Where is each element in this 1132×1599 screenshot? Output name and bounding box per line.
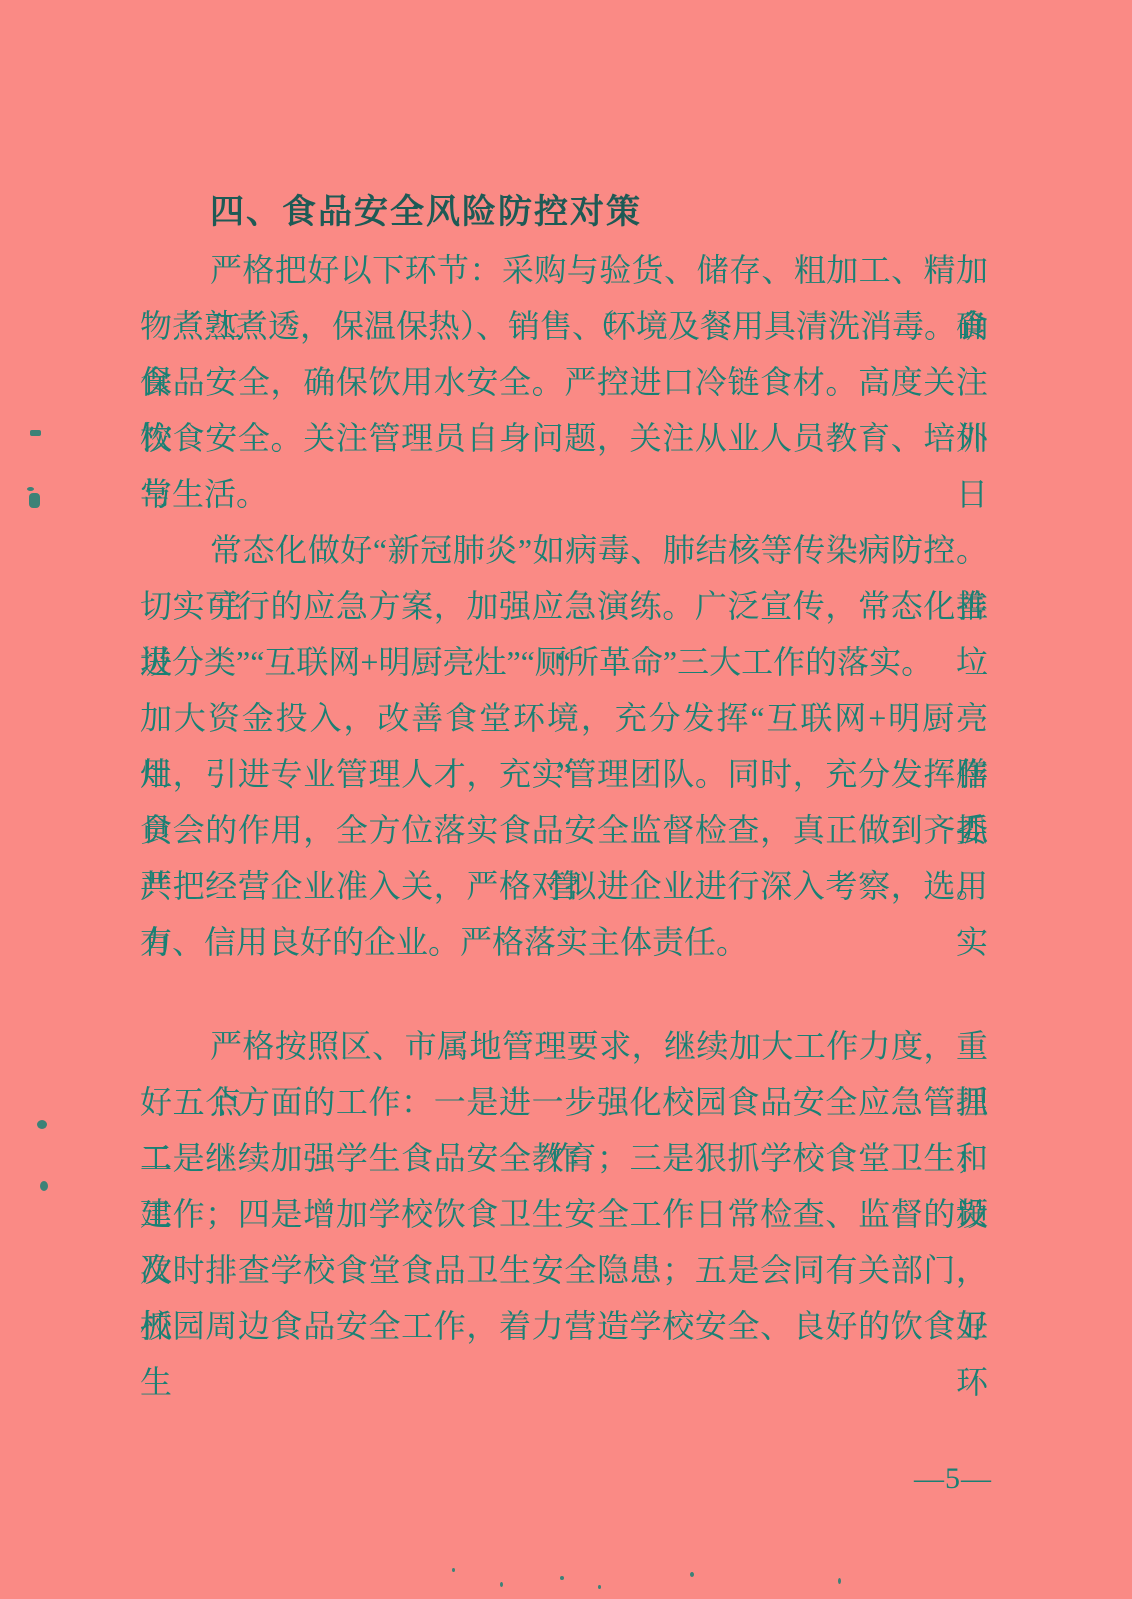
paragraphs-container: 严格把好以下环节：采购与验货、储存、粗加工、精加工（食物煮熟煮透，保温保热）、销… [140,242,988,1354]
text-line: 常态化做好“新冠肺炎”如病毒、肺结核等传染病防控。完善 [140,522,988,578]
text-line: 切实可行的应急方案，加强应急演练。广泛宣传，常态化推进“垃 [140,578,988,634]
scanned-document-page: 四、食品安全风险防控对策 严格把好以下环节：采购与验货、储存、粗加工、精加工（食… [0,0,1132,1599]
text-line: 严格按照区、市属地管理要求，继续加大工作力度，重点抓 [140,1018,988,1074]
scan-speck [598,1585,601,1589]
scan-speck [29,493,40,508]
text-line: 严把经营企业准入关，严格对拟进企业进行深入考察，选用有实 [140,858,988,914]
text-line: 二是继续加强学生食品安全教育；三是狠抓学校食堂卫生和建设 [140,1130,988,1186]
text-line: 及时排查学校食堂食品卫生安全隐患；五是会同有关部门，抓好 [140,1242,988,1298]
text-line: 好五个方面的工作：一是进一步强化校园食品安全应急管理工作； [140,1074,988,1130]
scan-speck [500,1582,503,1587]
scan-speck [560,1576,564,1580]
scan-speck [512,1088,516,1092]
scan-speck [690,1572,694,1577]
text-line: 严格把好以下环节：采购与验货、储存、粗加工、精加工（食 [140,242,988,298]
page-number: —5— [903,1462,1003,1496]
paragraph: 严格把好以下环节：采购与验货、储存、粗加工、精加工（食物煮熟煮透，保温保热）、销… [140,242,988,522]
scan-speck [452,1568,455,1572]
text-line: 物煮熟煮透，保温保热）、销售、环境及餐用具清洗消毒。确保 [140,298,988,354]
text-line: 食品安全，确保饮用水安全。严控进口冷链食材。高度关注校外 [140,354,988,410]
document-body: 四、食品安全风险防控对策 严格把好以下环节：采购与验货、储存、粗加工、精加工（食… [140,184,988,1354]
scan-speck [37,1120,47,1129]
text-line: 校园周边食品安全工作，着力营造学校安全、良好的饮食卫生环 [140,1298,988,1354]
text-line: 圾分类”“互联网+明厨亮灶”“厕所革命”三大工作的落实。 [140,634,988,690]
paragraph: 常态化做好“新冠肺炎”如病毒、肺结核等传染病防控。完善切实可行的应急方案，加强应… [140,522,988,690]
scan-speck [836,434,840,438]
paragraph: 严格按照区、市属地管理要求，继续加大工作力度，重点抓好五个方面的工作：一是进一步… [140,1018,988,1354]
scan-speck [30,430,41,436]
text-line: 工作；四是增加学校饮食卫生安全工作日常检查、监督的频次， [140,1186,988,1242]
scan-speck [838,1578,841,1584]
text-line: 加大资金投入，改善食堂环境，充分发挥“互联网+明厨亮灶”作 [140,690,988,746]
scan-speck [40,1181,48,1191]
scan-speck [27,487,34,491]
text-line: 用，引进专业管理人才，充实管理团队。同时，充分发挥膳食委 [140,746,988,802]
section-heading: 四、食品安全风险防控对策 [140,184,988,242]
text-line: 员会的作用，全方位落实食品安全监督检查，真正做到齐抓共管。 [140,802,988,858]
paragraph: 加大资金投入，改善食堂环境，充分发挥“互联网+明厨亮灶”作用，引进专业管理人才，… [140,690,988,970]
text-line: 饮食安全。关注管理员自身问题，关注从业人员教育、培训与日 [140,410,988,466]
